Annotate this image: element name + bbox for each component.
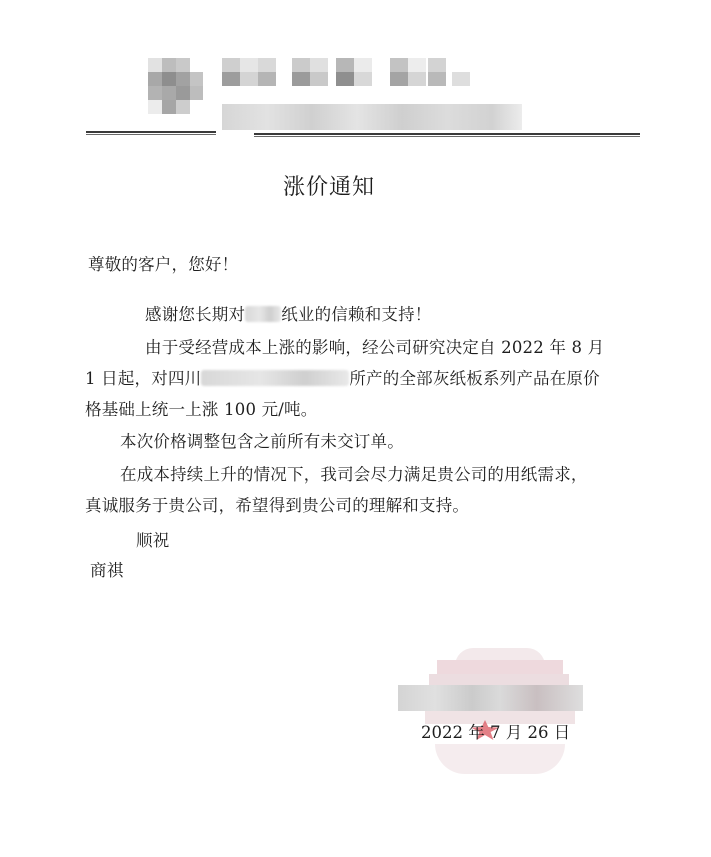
paragraph-decision-line3: 格基础上统一上涨 100 元/吨。 bbox=[85, 396, 317, 420]
paragraph-thanks-part2: 纸业的信赖和支持！ bbox=[281, 305, 431, 324]
paragraph-decision-line2: 1 日起，对四川所产的全部灰纸板系列产品在原价 bbox=[85, 365, 600, 389]
paragraph-decision-line1: 由于受经营成本上涨的影响，经公司研究决定自 2022 年 8 月 bbox=[145, 334, 604, 358]
signature-company-redacted bbox=[398, 685, 583, 711]
salutation: 尊敬的客户，您好！ bbox=[88, 251, 238, 275]
company-address-redacted bbox=[222, 104, 522, 130]
closing-line1: 顺祝 bbox=[136, 527, 169, 551]
paragraph-commitment-line2: 真诚服务于贵公司，希望得到贵公司的理解和支持。 bbox=[85, 492, 469, 516]
document-title: 涨价通知 bbox=[283, 170, 375, 201]
paragraph-decision-line2-part2: 所产的全部灰纸板系列产品在原价 bbox=[349, 369, 600, 388]
paragraph-thanks-part1: 感谢您长期对 bbox=[145, 305, 245, 324]
closing-line2: 商祺 bbox=[90, 557, 123, 581]
signature-date: 2022 年 7 月 26 日 bbox=[421, 719, 570, 743]
company-seal-redacted bbox=[425, 648, 575, 778]
letterhead-rule-right bbox=[254, 133, 640, 137]
paragraph-commitment-line1: 在成本持续上升的情况下，我司会尽力满足贵公司的用纸需求， bbox=[120, 461, 588, 485]
company-name-redacted bbox=[222, 58, 472, 88]
redacted-company-short bbox=[245, 306, 281, 322]
redacted-company-full bbox=[201, 370, 349, 386]
paragraph-thanks: 感谢您长期对纸业的信赖和支持！ bbox=[145, 301, 432, 325]
letterhead-rule-left bbox=[86, 131, 216, 135]
letterhead bbox=[0, 0, 711, 140]
paragraph-decision-line2-part1: 1 日起，对四川 bbox=[85, 369, 201, 388]
company-logo-redacted bbox=[148, 58, 203, 120]
paragraph-pending-orders: 本次价格调整包含之前所有未交订单。 bbox=[120, 428, 404, 452]
